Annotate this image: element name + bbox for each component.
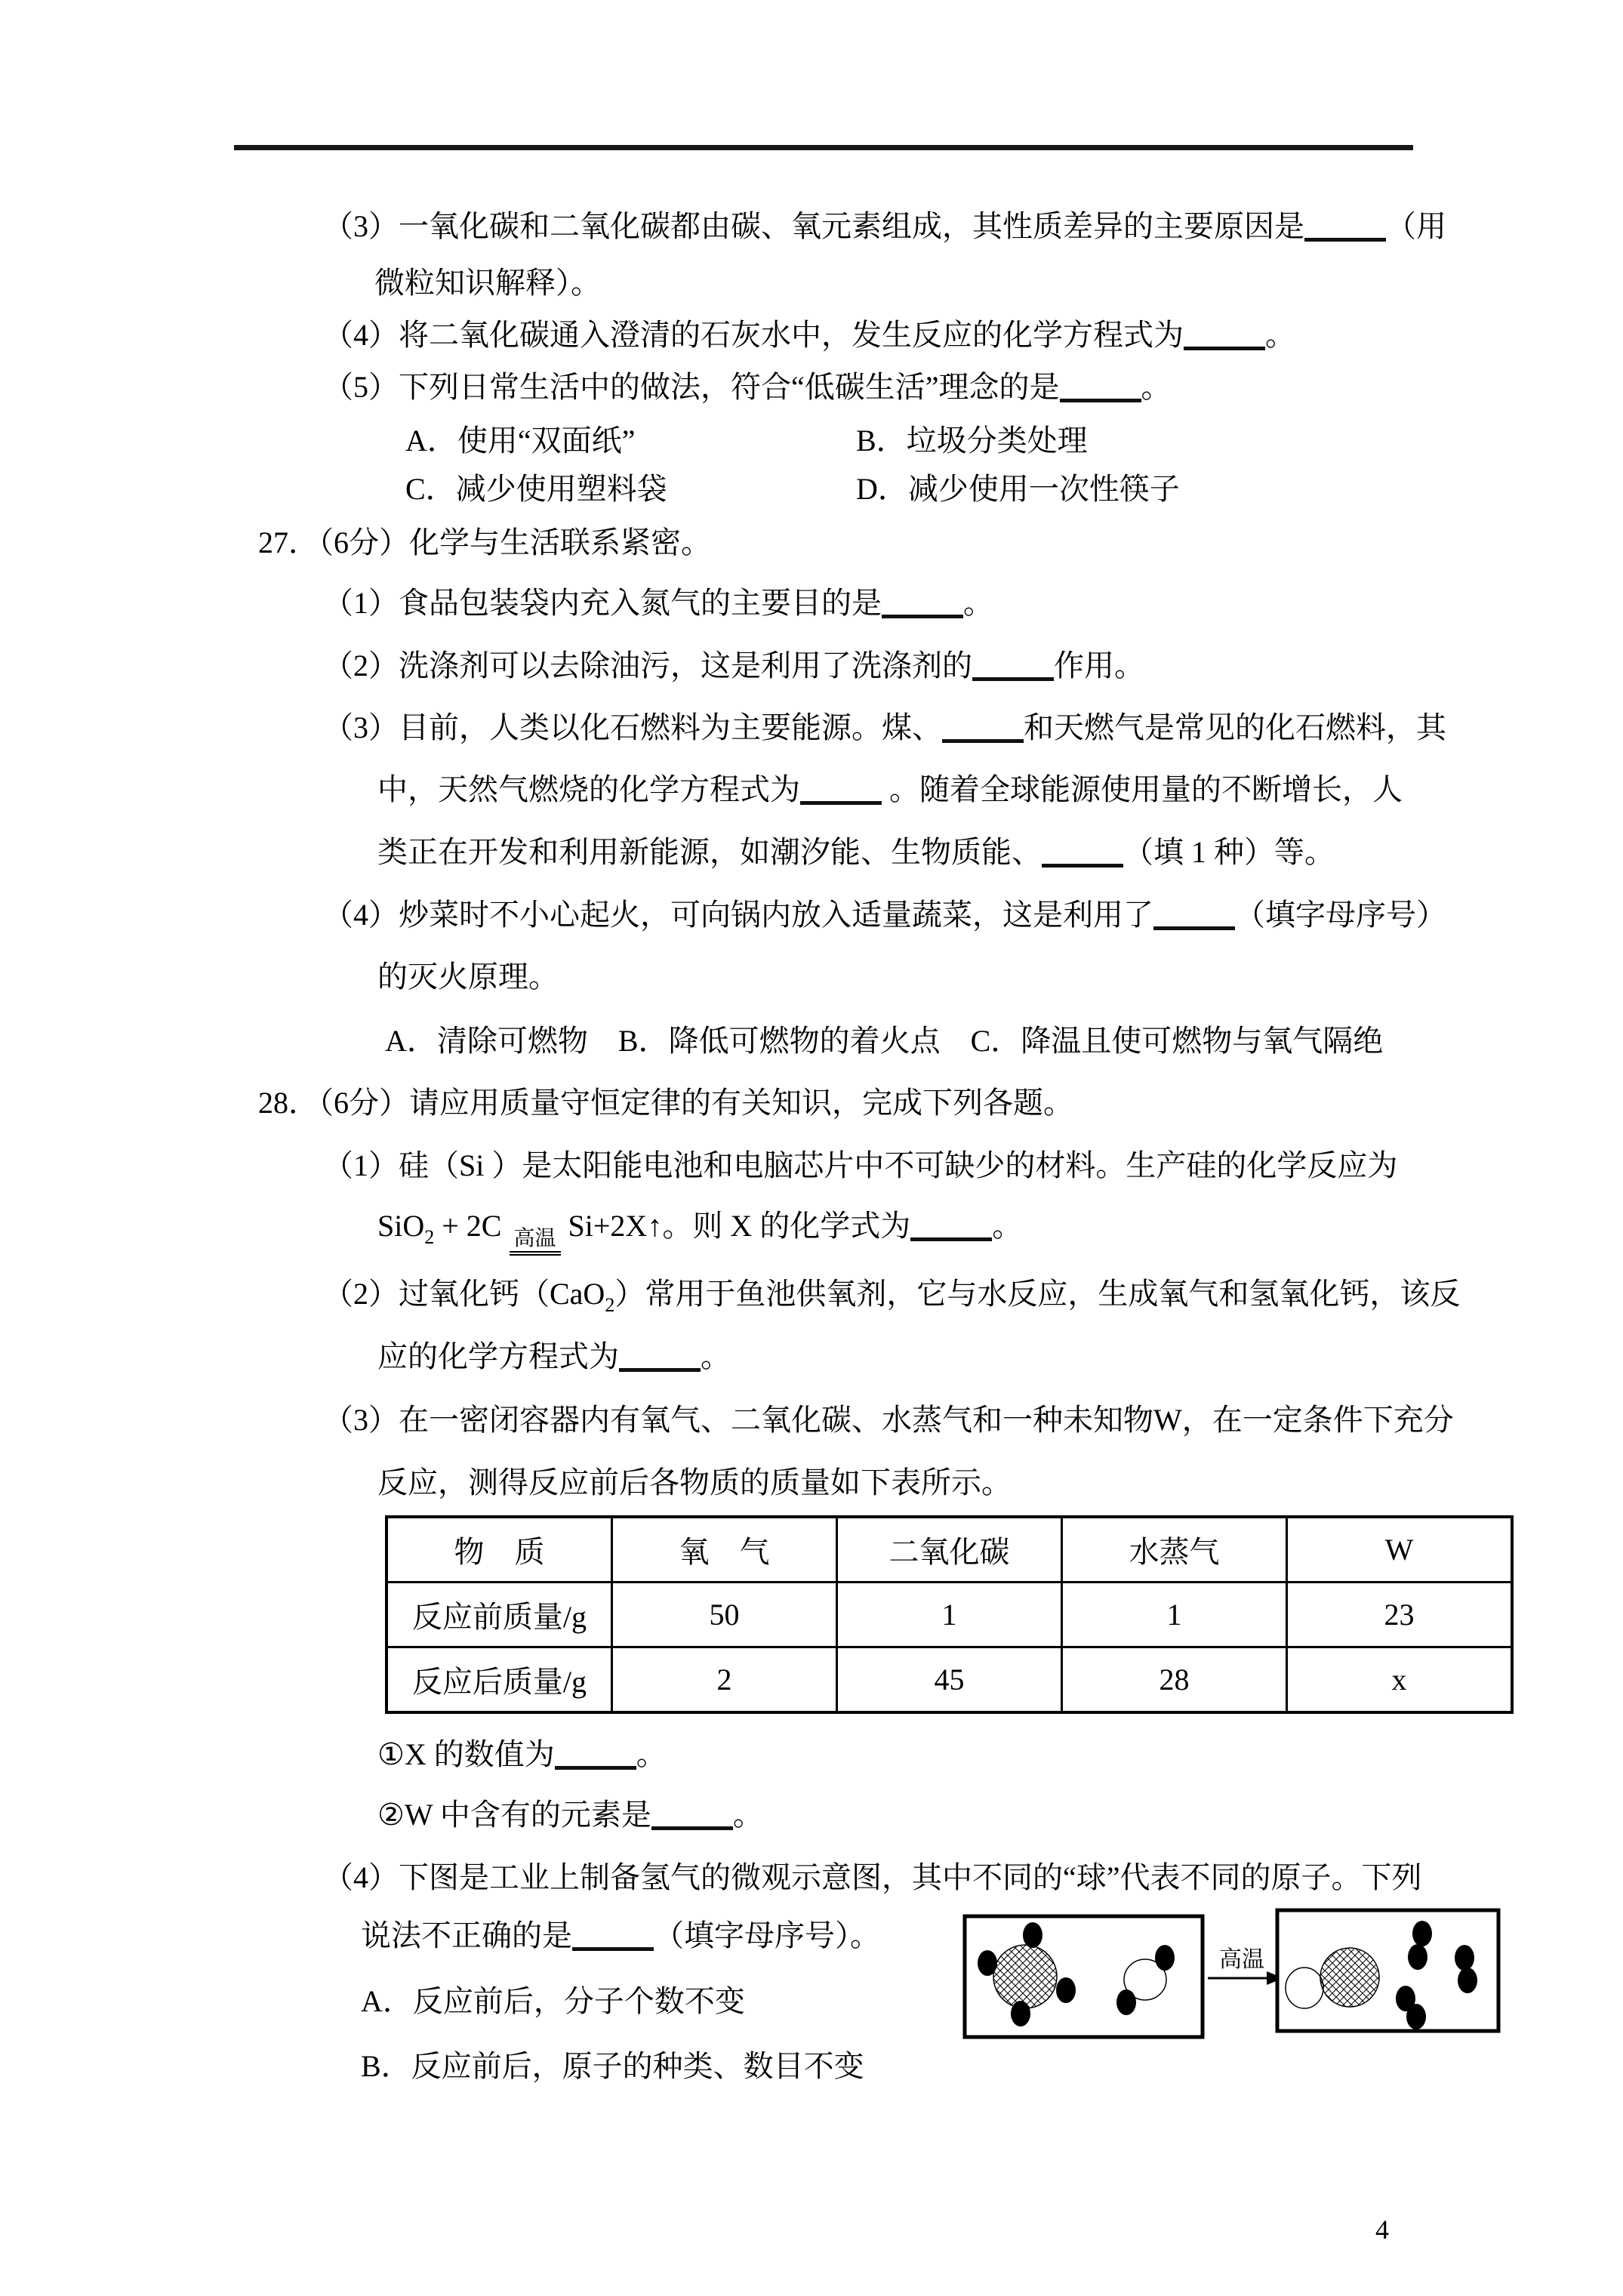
q27-item3-line1: （3）目前，人类以化石燃料为主要能源。煤、和天燃气是常见的化石燃料，其 [323,710,1446,746]
text: （5）下列日常生活中的做法，符合“低碳生活”理念的是 [323,370,1060,404]
header-substance: 物 质 [387,1517,612,1583]
answer-blank [800,777,882,805]
formula-text: SiO [377,1209,424,1243]
answer-blank [555,1742,636,1770]
text: （用 [1386,209,1446,243]
text: 。 [992,1209,1022,1243]
q28-item3-sub2: ②W 中含有的元素是。 [377,1797,763,1833]
q26-item3-line1: （3）一氧化碳和二氧化碳都由碳、氧元素组成，其性质差异的主要原因是（用 [323,208,1446,245]
text: （填字母序号）。 [654,1918,880,1952]
table-row: 反应前质量/g 50 1 1 23 [387,1583,1512,1647]
text: D．减少使用一次性筷子 [856,472,1180,506]
reaction-diagram: 高温 [951,1899,1510,2050]
formula-text: + 2C [434,1209,501,1243]
answer-blank [942,715,1024,743]
text: 。 [636,1737,667,1771]
q28-item1-equation: SiO2 + 2C高温Si+2X↑。则 X 的化学式为。 [377,1208,1022,1256]
cell: 23 [1287,1583,1513,1647]
condition-label: 高温 [1219,1947,1264,1972]
cell: 50 [612,1583,837,1647]
text: A．使用“双面纸” [405,424,635,458]
hatched-atom [993,1945,1057,2008]
page-number: 4 [1375,2214,1389,2245]
cell: 45 [837,1647,1062,1713]
answer-blank [1153,902,1235,930]
text: 。 [733,1798,763,1832]
black-atom [1408,1944,1427,1970]
answer-blank [572,1923,654,1951]
text: 。随着全球能源使用量的不断增长，人 [882,772,1403,806]
answer-blank [972,653,1054,681]
cell: 反应后质量/g [387,1647,612,1713]
text: 作用。 [1054,649,1144,683]
q26-option-c: C．减少使用塑料袋 [405,471,667,507]
exam-page: （3）一氧化碳和二氧化碳都由碳、氧元素组成，其性质差异的主要原因是（用 微粒知识… [0,0,1623,2296]
q27-item1-line: （1）食品包装袋内充入氮气的主要目的是。 [323,585,993,621]
q28-item4-option-a: A．反应前后，分子个数不变 [361,1983,745,2020]
black-atom [1116,1989,1136,2015]
text: 说法不正确的是 [361,1918,572,1952]
black-atom [1011,2001,1030,2026]
q28-item3-line1: （3）在一密闭容器内有氧气、二氧化碳、水蒸气和一种未知物W，在一定条件下充分 [323,1402,1454,1438]
text: ）常用于鱼池供氧剂，它与水反应，生成氧气和氢氧化钙，该反 [614,1277,1460,1311]
text: ②W 中含有的元素是 [377,1798,651,1832]
text: （3）在一密闭容器内有氧气、二氧化碳、水蒸气和一种未知物W，在一定条件下充分 [323,1403,1454,1437]
subscript: 2 [424,1226,434,1248]
reaction-condition: 高温 [510,1228,561,1256]
text: 类正在开发和利用新能源，如潮汐能、生物质能、 [377,835,1042,869]
q28-item2-line1: （2）过氧化钙（CaO2）常用于鱼池供氧剂，它与水反应，生成氧气和氢氧化钙，该反 [323,1276,1460,1312]
black-atom [1412,1921,1432,1946]
text: A．反应前后，分子个数不变 [361,1984,745,2018]
text: （4）将二氧化碳通入澄清的石灰水中，发生反应的化学方程式为 [323,318,1184,352]
text: （1）食品包装袋内充入氮气的主要目的是 [323,586,882,620]
header-rule [234,145,1413,150]
text: 。 [1265,318,1295,352]
q27-item4-options: A．清除可燃物 B．降低可燃物的着火点 C．降温且使可燃物与氧气隔绝 [385,1023,1383,1059]
q26-option-a: A．使用“双面纸” [405,423,635,459]
text: 28．（6分）请应用质量守恒定律的有关知识，完成下列各题。 [258,1086,1073,1120]
header-oxygen: 氧 气 [612,1517,837,1583]
q27-item4-line2: 的灭火原理。 [377,959,559,995]
answer-blank [1060,374,1141,402]
q28-item4-line2: 说法不正确的是（填字母序号）。 [361,1918,880,1954]
q28-item3-line2: 反应，测得反应前后各物质的质量如下表所示。 [377,1465,1012,1501]
cell: 28 [1062,1647,1287,1713]
text: B．反应前后，原子的种类、数目不变 [361,2049,864,2083]
answer-blank [619,1344,701,1372]
black-atom [978,1950,997,1976]
text: （填 1 种）等。 [1123,835,1335,869]
cell: 反应前质量/g [387,1583,612,1647]
text: 和天燃气是常见的化石燃料，其 [1024,710,1446,744]
reactant-box [965,1916,1203,2037]
text: （4）下图是工业上制备氢气的微观示意图，其中不同的“球”代表不同的原子。下列 [323,1860,1422,1894]
answer-blank [1184,322,1265,350]
text: B．垃圾分类处理 [856,424,1088,458]
q26-option-b: B．垃圾分类处理 [856,423,1088,459]
text: 中，天然气燃烧的化学方程式为 [377,772,800,806]
q26-item4-line: （4）将二氧化碳通入澄清的石灰水中，发生反应的化学方程式为。 [323,317,1295,353]
answer-blank [1304,214,1386,242]
text: （1）硅（Si ）是太阳能电池和电脑芯片中不可缺少的材料。生产硅的化学反应为 [323,1148,1397,1182]
text: （2）过氧化钙（CaO [323,1277,605,1311]
q27-item2-line: （2）洗涤剂可以去除油污，这是利用了洗涤剂的作用。 [323,648,1144,684]
q28-item3-sub1: ①X 的数值为。 [377,1737,667,1773]
text: A．清除可燃物 B．降低可燃物的着火点 C．降温且使可燃物与氧气隔绝 [385,1024,1383,1058]
answer-blank [910,1213,992,1241]
white-atom [1286,1968,1323,2008]
text: （填字母序号） [1235,898,1446,932]
header-co2: 二氧化碳 [837,1517,1062,1583]
q27-item4-line1: （4）炒菜时不小心起火，可向锅内放入适量蔬菜，这是利用了（填字母序号） [323,897,1446,933]
answer-blank [1042,840,1123,868]
cell: x [1287,1647,1513,1713]
q28-item1-line1: （1）硅（Si ）是太阳能电池和电脑芯片中不可缺少的材料。生产硅的化学反应为 [323,1148,1397,1184]
q26-option-d: D．减少使用一次性筷子 [856,471,1180,507]
text: 的灭火原理。 [377,960,559,994]
text: （4）炒菜时不小心起火，可向锅内放入适量蔬菜，这是利用了 [323,898,1153,932]
q27-item3-line2: 中，天然气燃烧的化学方程式为 。随着全球能源使用量的不断增长，人 [377,772,1403,808]
q28-item2-line2: 应的化学方程式为。 [377,1339,731,1375]
hatched-atom [1320,1948,1379,2007]
black-atom [1056,1977,1076,2003]
text: 。 [963,586,993,620]
text: 27．（6分）化学与生活联系紧密。 [258,525,711,559]
text: 。 [701,1339,731,1373]
text: （3）目前，人类以化石燃料为主要能源。煤、 [323,710,942,744]
header-w: W [1287,1517,1513,1583]
header-steam: 水蒸气 [1062,1517,1287,1583]
text: （3）一氧化碳和二氧化碳都由碳、氧元素组成，其性质差异的主要原因是 [323,209,1304,243]
black-atom [1406,2004,1426,2029]
q26-item3-line2: 微粒知识解释）。 [374,265,601,301]
q28-item4-option-b: B．反应前后，原子的种类、数目不变 [361,2048,864,2085]
product-box [1277,1910,1498,2031]
black-atom [1458,1968,1477,1993]
q27-header: 27．（6分）化学与生活联系紧密。 [258,525,711,561]
text: 反应，测得反应前后各物质的质量如下表所示。 [377,1465,1012,1499]
arrow-icon: 高温 [1208,1947,1283,1985]
black-atom [1023,1922,1042,1948]
text: 应的化学方程式为 [377,1339,619,1373]
text: C．减少使用塑料袋 [405,472,667,506]
q27-item3-line3: 类正在开发和利用新能源，如潮汐能、生物质能、（填 1 种）等。 [377,834,1335,871]
text: 微粒知识解释）。 [374,266,601,300]
answer-blank [651,1802,733,1830]
table-header-row: 物 质 氧 气 二氧化碳 水蒸气 W [387,1517,1512,1583]
cell: 1 [1062,1583,1287,1647]
q28-item4-line1: （4）下图是工业上制备氢气的微观示意图，其中不同的“球”代表不同的原子。下列 [323,1860,1422,1896]
cell: 2 [612,1647,837,1713]
table-row: 反应后质量/g 2 45 28 x [387,1647,1512,1713]
q26-item5-line: （5）下列日常生活中的做法，符合“低碳生活”理念的是。 [323,369,1172,405]
mass-table: 物 质 氧 气 二氧化碳 水蒸气 W 反应前质量/g 50 1 1 23 反应后… [385,1515,1514,1714]
subscript: 2 [605,1294,614,1316]
text: 。 [1141,370,1172,404]
answer-blank [882,590,963,618]
text: ①X 的数值为 [377,1737,555,1771]
q28-header: 28．（6分）请应用质量守恒定律的有关知识，完成下列各题。 [258,1085,1073,1121]
cell: 1 [837,1583,1062,1647]
text: （2）洗涤剂可以去除油污，这是利用了洗涤剂的 [323,649,972,683]
formula-text: Si+2X↑。则 X 的化学式为 [568,1209,911,1243]
black-atom [1155,1945,1175,1971]
black-atom [1455,1945,1474,1971]
